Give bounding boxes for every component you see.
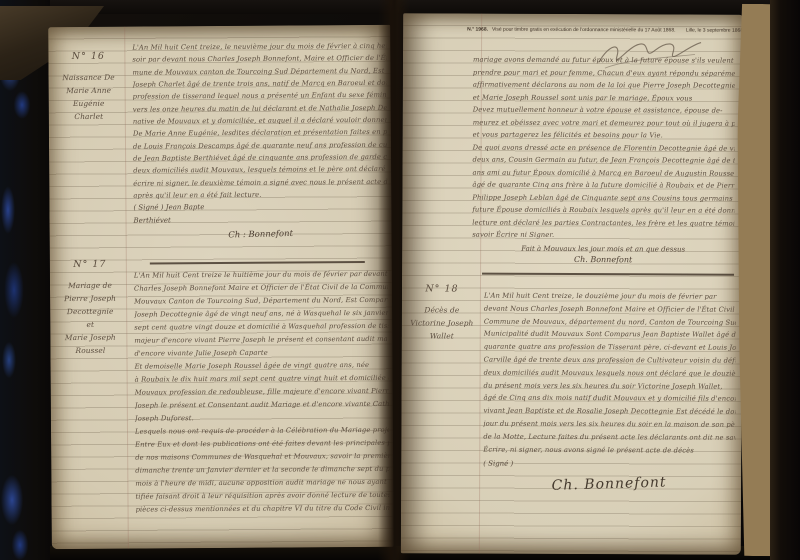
entry17-lines: L'An Mil huit Cent treize le huitième jo… xyxy=(134,268,390,517)
entry18-signed-label: ( Signé ) xyxy=(483,460,735,469)
handwritten-line: majeur d'encore vivant Pierre Joseph le … xyxy=(134,333,388,348)
handwritten-line: mariage avons demandé au futur époux et … xyxy=(473,54,735,68)
margin-line: et xyxy=(52,318,128,332)
entry18-margin-lines: Décès deVictorine JosephWallet xyxy=(404,303,480,342)
book-cover-marbled-edge xyxy=(0,0,50,560)
handwritten-line: pièces ci-dessus mentionnées et du chapi… xyxy=(136,502,390,517)
right-page: N.° 1968. Visé pour timbre gratis en exé… xyxy=(401,13,743,554)
photo-open-register-book: N° 16 Naissance DeMarie AnneEugénieCharl… xyxy=(0,0,800,560)
entry17-margin-lines: Mariage dePierre JosephDecottegnieetMari… xyxy=(52,279,129,358)
handwritten-line: L'An Mil huit Cent treize, le douzième j… xyxy=(484,290,736,304)
entry18-margin-note: N° 18 Décès deVictorine JosephWallet xyxy=(404,283,480,342)
handwritten-line: écrire ni signer, le deuxième témoin a s… xyxy=(133,176,387,190)
entry17-text: L'An Mil huit Cent treize le huitième jo… xyxy=(134,268,390,517)
handwritten-line: prendre pour mari et pour femme, Chacun … xyxy=(473,66,735,80)
margin-line: Marie Joseph xyxy=(52,331,128,345)
handwritten-line: quarante quatre ans profession de Tisser… xyxy=(484,341,736,355)
handwritten-line: deux ans, Cousin Germain au futur, de Je… xyxy=(473,154,735,168)
entry17-number: N° 17 xyxy=(52,259,128,271)
entry16-margin-note: N° 16 Naissance DeMarie AnneEugénieCharl… xyxy=(52,51,125,124)
left-page: N° 16 Naissance DeMarie AnneEugénieCharl… xyxy=(48,25,394,549)
handwritten-line: Écrire, ni signer, nous avons signé le p… xyxy=(483,443,735,457)
entry17-continuation-text: mariage avons demandé au futur époux et … xyxy=(472,54,735,265)
entry18-lines: L'An Mil huit Cent treize, le douzième j… xyxy=(483,290,736,457)
handwritten-line: future Épouse domiciliés à Roubaix lesqu… xyxy=(472,204,734,218)
margin-line: Décès de xyxy=(404,303,480,316)
entry18-text: L'An Mil huit Cent treize, le douzième j… xyxy=(483,290,736,493)
handwritten-line: Devez mutuellement honneur à votre épous… xyxy=(473,104,735,118)
handwritten-line: et vous partagerez les félicités et beso… xyxy=(473,129,735,143)
handwritten-line: ans ami au futur Époux domicilié à Marcq… xyxy=(472,166,734,180)
entry18-officer-signature: Ch. Bonnefont xyxy=(483,473,735,497)
margin-line: Charlet xyxy=(53,110,125,124)
handwritten-line: âgé de Cinq ans dix mois natif dudit Mou… xyxy=(483,392,735,406)
handwritten-line: deux domiciliés audit Mouvaux lesquels n… xyxy=(484,366,736,380)
entry16-witness-signature: Berthiévet xyxy=(133,213,387,228)
entry16-margin-lines: Naissance DeMarie AnneEugénieCharlet xyxy=(52,71,124,124)
margin-line: Eugénie xyxy=(53,97,125,111)
margin-line: Naissance De xyxy=(52,71,124,85)
entry17-continuation-lines: mariage avons demandé au futur époux et … xyxy=(472,54,735,243)
margin-line: Mariage de xyxy=(52,279,128,293)
handwritten-line: Joseph le présent et Consentant audit Ma… xyxy=(135,398,389,413)
handwritten-line: De quoi avons dressé acte en présence de… xyxy=(473,141,735,155)
handwritten-line: Carville âgé de trente deux ans professi… xyxy=(484,354,736,368)
handwritten-line: Municipalité dudit Mouvaux Sont Comparus… xyxy=(484,328,736,342)
handwritten-line: lecture ont déclaré les parties Contract… xyxy=(472,216,734,230)
entry16-lines: L'An Mil huit Cent treize, le neuvième j… xyxy=(132,40,387,202)
handwritten-line: devant Nous Charles Joseph Bonnefont Mai… xyxy=(484,302,736,316)
margin-line: Wallet xyxy=(404,329,480,342)
margin-line: Decottegnie xyxy=(52,305,128,319)
margin-line: Pierre Joseph xyxy=(52,292,128,306)
entry16-officer-signature: Ch : Bonnefont xyxy=(134,227,388,243)
handwritten-line: meurez et obéissez avec votre mari et de… xyxy=(473,116,735,130)
stamp-number: N.° 1968. xyxy=(467,27,488,33)
handwritten-line: jour du présent mois vers les six heures… xyxy=(483,418,735,432)
handwritten-line: Commune de Mouvaux, département du nord,… xyxy=(484,315,736,329)
handwritten-line: savoir Écrire ni Signer. xyxy=(472,229,734,243)
handwritten-line: âgé de quarante Cinq ans frère à la futu… xyxy=(472,179,734,193)
margin-line: Roussel xyxy=(52,344,128,358)
margin-line: Marie Anne xyxy=(53,84,125,98)
handwritten-line: vivant Jean Baptiste et de Rosalie Josep… xyxy=(483,405,735,419)
entry18-number: N° 18 xyxy=(404,283,480,294)
handwritten-line: du présent mois vers les six heures du s… xyxy=(484,379,736,393)
entry-separator-rule-right xyxy=(482,273,734,276)
entry17-closing-signature: Ch. Bonnefont xyxy=(472,254,734,264)
background-right xyxy=(770,0,800,560)
entry16-number: N° 16 xyxy=(52,51,124,63)
margin-line: Victorine Joseph xyxy=(404,316,480,329)
entry-separator-rule-left xyxy=(150,261,365,264)
entry17-closing-place: Fait à Mouvaux les jour mois et an que d… xyxy=(472,244,734,253)
handwritten-line: Philippe Joseph Leblan âgé de Cinquante … xyxy=(472,191,734,205)
entry17-margin-note: N° 17 Mariage dePierre JosephDecottegnie… xyxy=(52,259,129,358)
handwritten-line: et Marie Joseph Roussel sont unis par le… xyxy=(473,91,735,105)
handwritten-line: de la Motte, Lecture faites du présent a… xyxy=(483,430,735,444)
entry16-text: L'An Mil huit Cent treize, le neuvième j… xyxy=(132,40,387,241)
handwritten-line: affirmativement déclarons au nom de la l… xyxy=(473,79,735,93)
